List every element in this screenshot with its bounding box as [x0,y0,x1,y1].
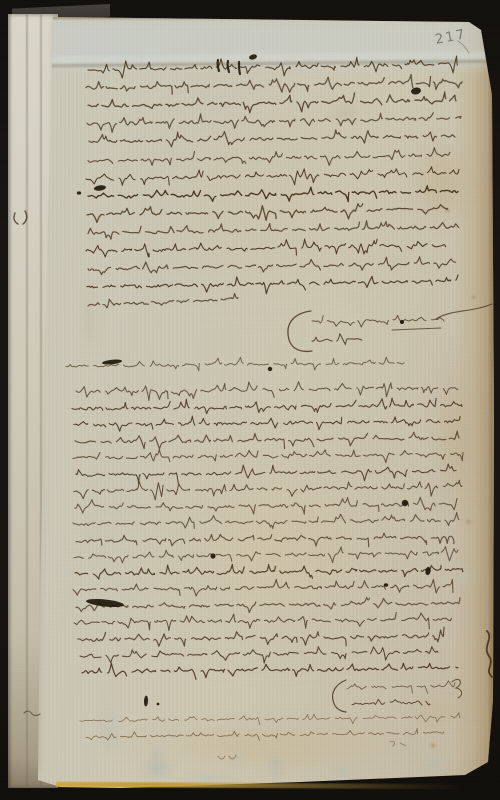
stain [66,712,466,780]
manuscript-photo: 217 [0,0,500,800]
stain [444,207,451,214]
stain [82,262,96,382]
stain [328,762,358,782]
stain [58,378,474,708]
stain [266,746,286,786]
stain [50,52,488,64]
page-edge-tan [454,12,496,794]
stain [418,750,452,778]
stain [66,56,470,346]
stain [135,754,179,784]
stain [94,698,122,762]
manuscript-page [30,12,496,794]
stain [50,16,486,19]
stain [428,742,438,749]
stain [326,100,366,124]
leaf-groove-1 [26,14,28,788]
stain [228,750,246,766]
stain [50,60,490,67]
stain [148,738,164,776]
gilt-edge [56,782,460,789]
stain [48,20,488,68]
